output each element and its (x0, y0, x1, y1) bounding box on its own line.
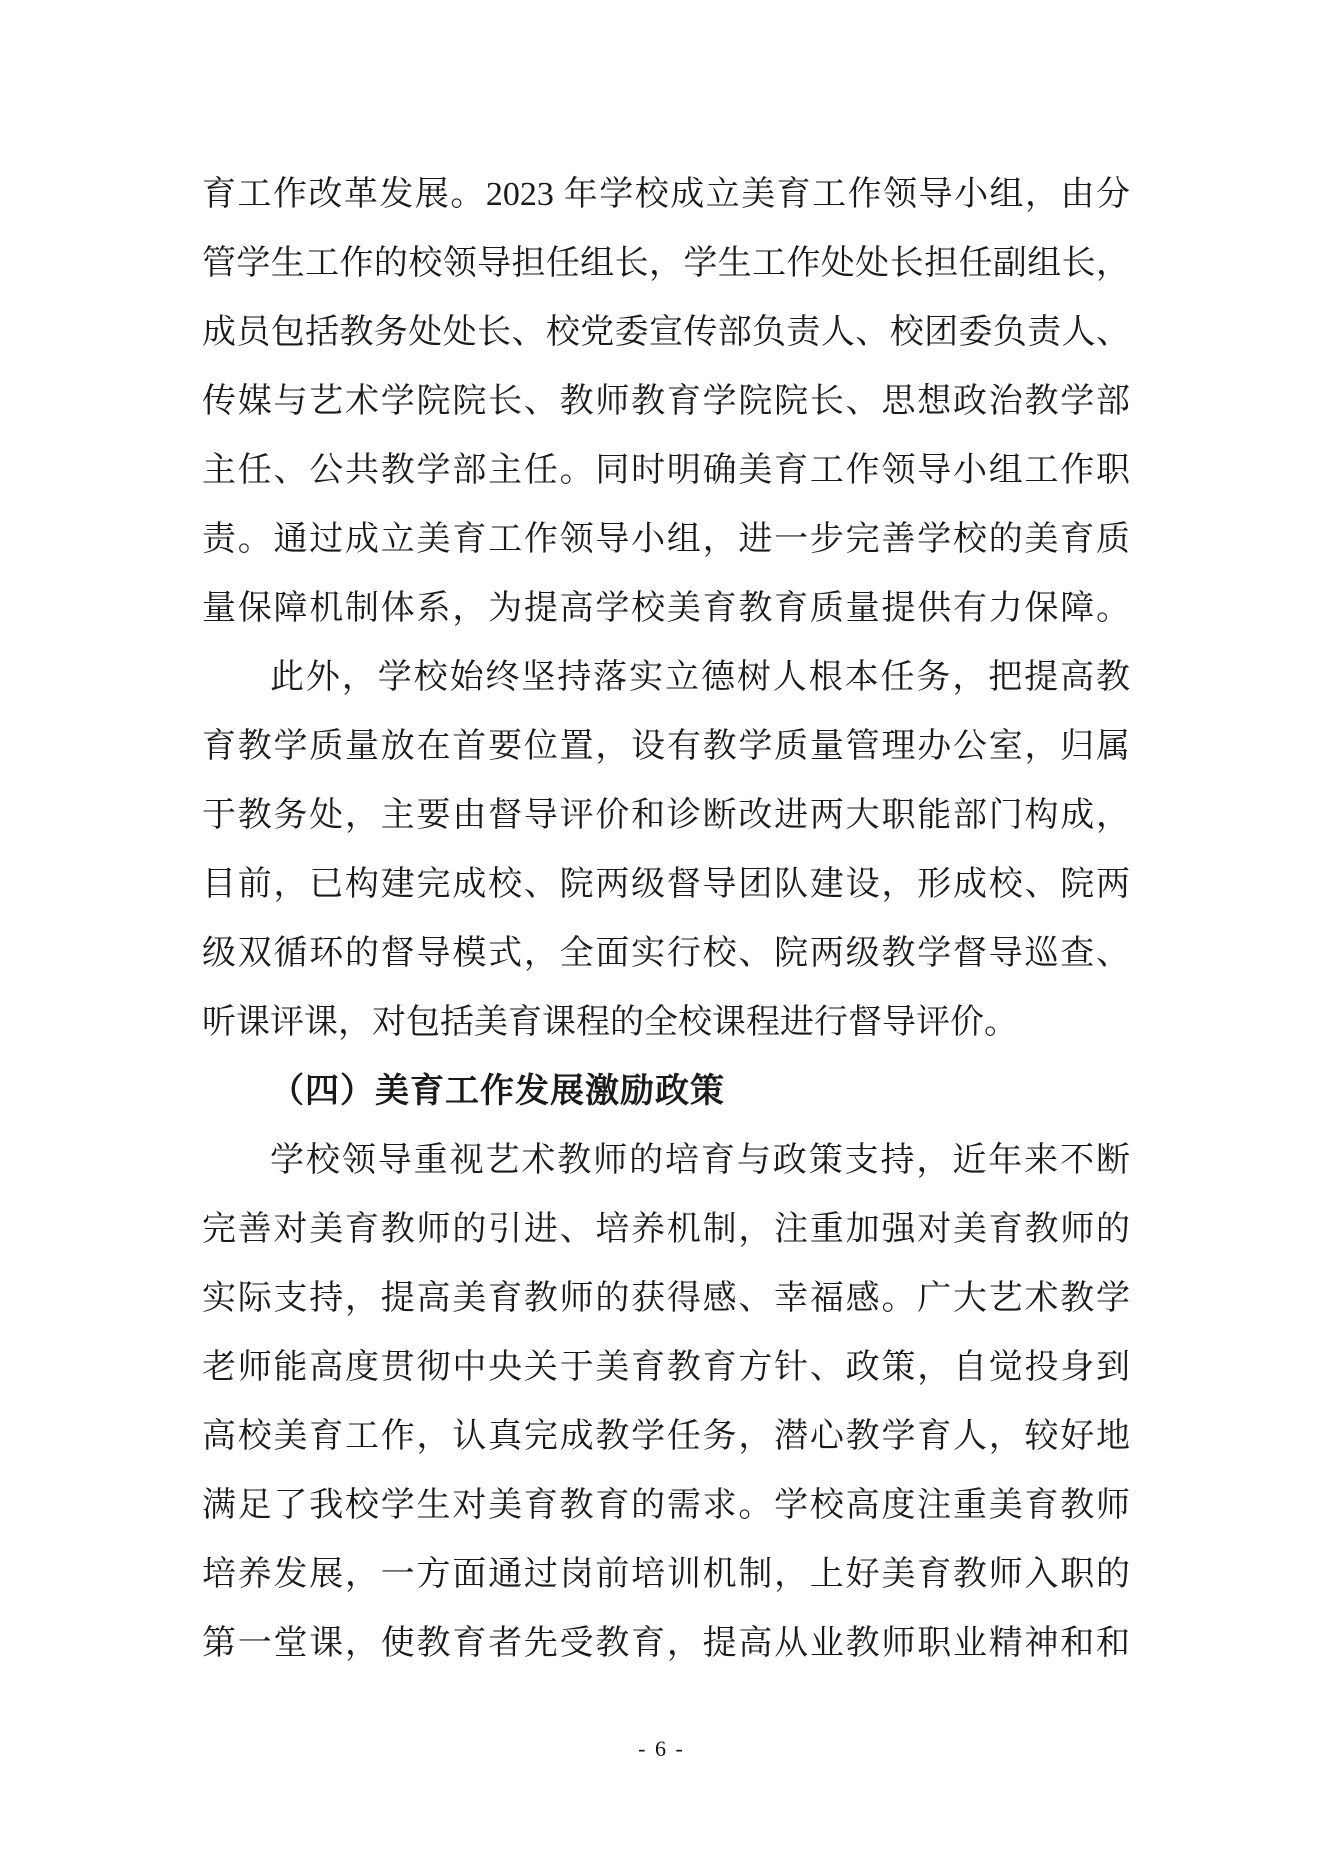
text-line: 传媒与艺术学院院长、教师教育学院院长、思想政治教学部 (202, 367, 1130, 436)
document-body: 育工作改革发展。2023 年学校成立美育工作领导小组，由分 管学生工作的校领导担… (202, 160, 1130, 1678)
text-line: 成员包括教务处处长、校党委宣传部负责人、校团委负责人、 (202, 298, 1130, 367)
text-line: 育工作改革发展。2023 年学校成立美育工作领导小组，由分 (202, 160, 1130, 229)
section-heading: （四）美育工作发展激励政策 (202, 1057, 1130, 1126)
text-line: 育教学质量放在首要位置，设有教学质量管理办公室，归属 (202, 712, 1130, 781)
text-line: 此外，学校始终坚持落实立德树人根本任务，把提高教 (202, 643, 1130, 712)
page-footer: - 6 - (0, 1736, 1323, 1762)
text-line: 量保障机制体系，为提高学校美育教育质量提供有力保障。 (202, 574, 1130, 643)
text-line: 高校美育工作，认真完成教学任务，潜心教学育人，较好地 (202, 1402, 1130, 1471)
text-line: 老师能高度贯彻中央关于美育教育方针、政策，自觉投身到 (202, 1333, 1130, 1402)
page-number: - 6 - (638, 1736, 685, 1761)
text-line: 目前，已构建完成校、院两级督导团队建设，形成校、院两 (202, 850, 1130, 919)
document-page: 育工作改革发展。2023 年学校成立美育工作领导小组，由分 管学生工作的校领导担… (0, 0, 1323, 1871)
text-line: 完善对美育教师的引进、培养机制，注重加强对美育教师的 (202, 1195, 1130, 1264)
text-line: 学校领导重视艺术教师的培育与政策支持，近年来不断 (202, 1126, 1130, 1195)
text-line: 第一堂课，使教育者先受教育，提高从业教师职业精神和和 (202, 1609, 1130, 1678)
text-line: 实际支持，提高美育教师的获得感、幸福感。广大艺术教学 (202, 1264, 1130, 1333)
text-line: 培养发展，一方面通过岗前培训机制，上好美育教师入职的 (202, 1540, 1130, 1609)
text-line: 听课评课，对包括美育课程的全校课程进行督导评价。 (202, 988, 1130, 1057)
text-line: 主任、公共教学部主任。同时明确美育工作领导小组工作职 (202, 436, 1130, 505)
text-line: 满足了我校学生对美育教育的需求。学校高度注重美育教师 (202, 1471, 1130, 1540)
text-line: 于教务处，主要由督导评价和诊断改进两大职能部门构成， (202, 781, 1130, 850)
text-line: 管学生工作的校领导担任组长，学生工作处处长担任副组长， (202, 229, 1130, 298)
text-line: 级双循环的督导模式，全面实行校、院两级教学督导巡查、 (202, 919, 1130, 988)
text-line: 责。通过成立美育工作领导小组，进一步完善学校的美育质 (202, 505, 1130, 574)
